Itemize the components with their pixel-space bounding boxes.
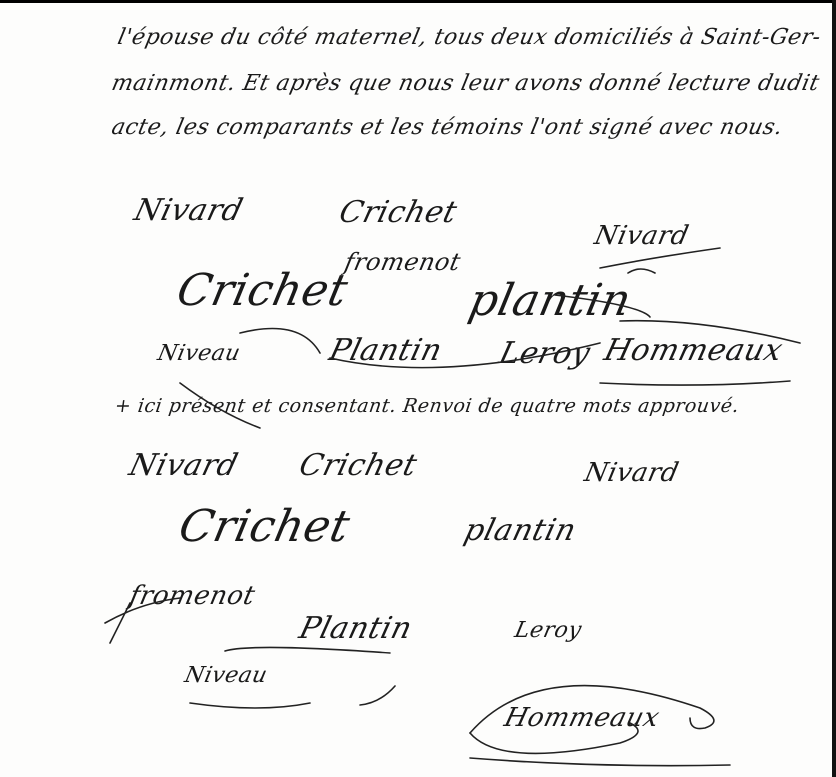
- signature-fromenot-2: fromenot: [127, 581, 258, 611]
- signature-nivard-3: Nivard: [126, 448, 242, 483]
- signature-crichet-3: Crichet: [296, 448, 421, 483]
- signature-nivard-2: Nivard: [592, 221, 692, 251]
- signature-plantin-3: plantin: [461, 513, 580, 548]
- signature-crichet-2: Crichet: [173, 265, 353, 316]
- signature-leroy-2: Leroy: [512, 618, 584, 643]
- signature-niveau-1: Niveau: [155, 341, 242, 366]
- signature-crichet-4: Crichet: [175, 501, 355, 552]
- signature-nivard-4: Nivard: [582, 458, 682, 488]
- scan-right-border: [832, 0, 836, 777]
- text-line-2: mainmont. Et après que nous leur avons d…: [109, 71, 821, 96]
- signature-nivard-1: Nivard: [131, 193, 247, 228]
- text-line-3: acte, les comparants et les témoins l'on…: [109, 115, 785, 140]
- signature-plantin-1: plantin: [465, 275, 636, 326]
- signature-hommeaux-1: Hommeaux: [601, 333, 787, 368]
- signature-niveau-2: Niveau: [182, 663, 269, 688]
- signature-leroy-1: Leroy: [496, 336, 594, 371]
- signature-hommeaux-2: Hommeaux: [501, 703, 662, 733]
- marginal-note: + ici présent et consentant. Renvoi de q…: [113, 395, 740, 417]
- text-line-1: l'épouse du côté maternel, tous deux dom…: [115, 25, 823, 50]
- signature-crichet-1: Crichet: [336, 195, 461, 230]
- document-page: l'épouse du côté maternel, tous deux dom…: [0, 3, 832, 777]
- signature-plantin-4: Plantin: [296, 611, 416, 646]
- signature-plantin-2: Plantin: [326, 333, 446, 368]
- signature-fromenot-1: fromenot: [342, 248, 463, 276]
